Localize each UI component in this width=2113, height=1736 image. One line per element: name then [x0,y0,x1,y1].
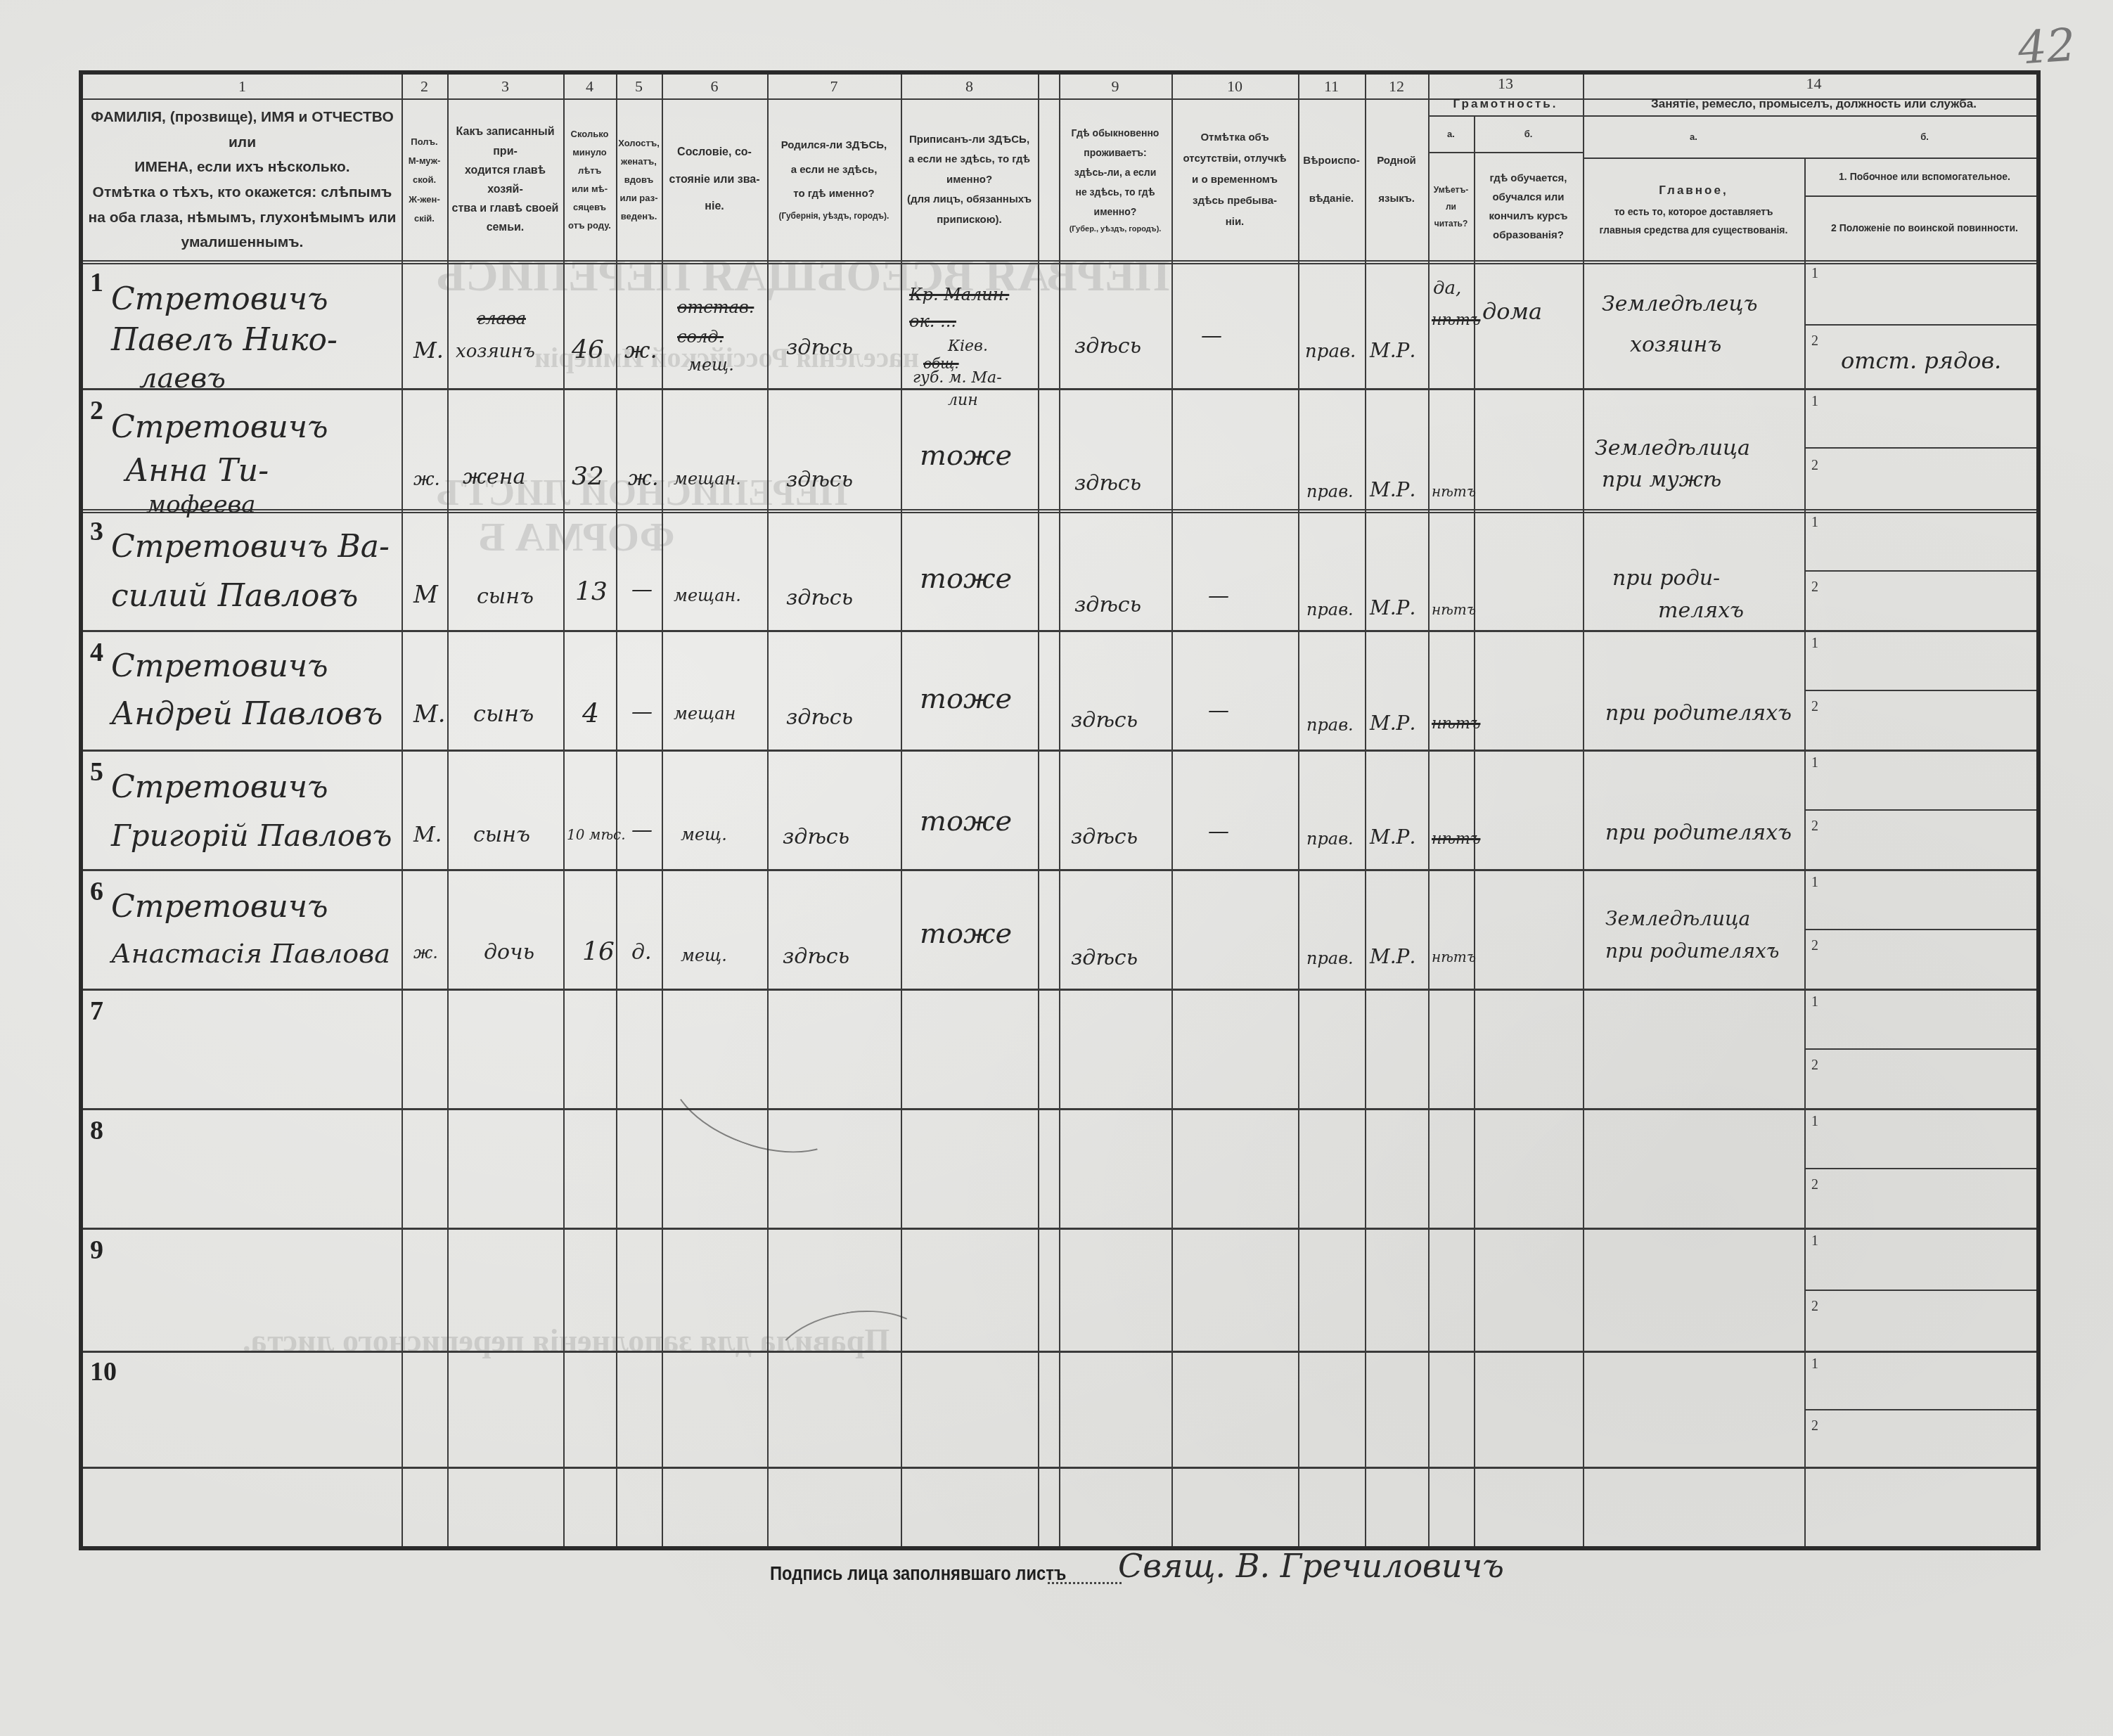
sub-row-1: 1 [1811,266,1818,282]
born-cell: здѣсь [786,706,853,729]
stray-pen-mark [655,1016,863,1175]
sub-row-2: 2 [1811,1299,1818,1315]
colnum-14: 14 [1583,75,2045,93]
registered-cell: тоже [920,563,1012,594]
born-cell: здѣсь [783,945,849,968]
religion-cell: прав. [1306,600,1354,619]
stray-pen-mark [766,1299,936,1412]
header-col-13-group: Грамотность. [1428,93,1583,115]
header-col-14a: Главное,то есть то, которое доставляетъг… [1583,159,1804,260]
header-col-3: Какъ записанный при-ходится главѣ хозяй-… [447,100,563,260]
occupation-main: хозяинъ [1630,333,1721,356]
relation-struck: глава [477,309,526,328]
absence-cell: — [1208,584,1229,607]
name-line: Павелъ Нико- [111,323,338,357]
age-cell: 13 [575,578,608,606]
resides-cell: здѣсь [1071,825,1138,849]
born-cell: здѣсь [786,336,853,359]
relation-cell: дочь [484,941,534,964]
signature-value: Свящ. В. Гречиловичъ [1118,1547,1504,1585]
header-col-10: Отмѣтка объотсутствіи, отлучкѣи о времен… [1171,100,1298,260]
signature-dotted-line [1048,1582,1122,1584]
language-cell: М.Р. [1370,480,1415,501]
occupation-main: при родителяхъ [1605,702,1792,725]
name-line: Стретовичъ [111,890,328,924]
resides-cell: здѣсь [1074,335,1141,358]
language-cell: М.Р. [1370,598,1415,619]
literate-cell: нѣтъ [1432,949,1476,965]
age-cell: 32 [572,463,604,491]
header-col-13b: гдѣ обучается,обучался иликончилъ курсъо… [1474,153,1583,260]
sex-cell: М [413,582,438,608]
literate-cell: да, [1433,278,1461,299]
header-col-13b-label: б. [1474,117,1583,152]
occupation-main: при родителяхъ [1605,941,1779,963]
header-col-8: Приписанъ-ли ЗДѢСЬ,а если не здѣсь, то г… [901,100,1038,260]
sub-row-1: 1 [1811,515,1818,531]
estate-cell: мещан [674,705,736,723]
religion-cell: прав. [1306,482,1354,501]
sex-cell: М. [413,338,444,363]
census-sheet: 42 ПЕРВАЯ ВСЕОБЩАЯ ПЕРЕПИСЬ населенія Ро… [0,0,2113,1736]
resides-cell: здѣсь [1074,593,1141,617]
sub-row-1: 1 [1811,875,1818,891]
row-number: 2 [90,395,103,426]
religion-cell: прав. [1306,949,1354,967]
estate-cell: мещ. [681,946,727,965]
row-number: 8 [90,1115,103,1146]
occupation-main: Земледѣлица [1595,437,1750,460]
header-col-9: Гдѣ обыкновеннопроживаетъ:здѣсь-ли, а ес… [1059,100,1171,260]
marital-cell: ж. [624,338,657,363]
sub-row-1: 1 [1811,1114,1818,1130]
literate-struck: нѣтъ [1432,831,1480,848]
registered-cell: тоже [920,918,1012,949]
registered-cell: лин [948,392,978,409]
literate-struck: нѣтъ [1432,312,1480,329]
language-cell: М.Р. [1370,713,1415,735]
marital-cell: — [631,700,653,724]
relation-cell: сынъ [477,585,534,608]
resides-cell: здѣсь [1071,946,1138,970]
census-table: 1 2 3 4 5 6 7 8 9 10 11 12 13 14 ФАМИЛІЯ… [79,70,2041,1550]
sub-row-2: 2 [1811,1057,1818,1074]
sub-row-2: 2 [1811,818,1818,835]
religion-cell: прав. [1306,716,1354,734]
language-cell: М.Р. [1370,827,1415,849]
colnum-8: 8 [901,75,1038,98]
occupation-main: при роди- [1612,567,1720,590]
sub-row-1: 1 [1811,636,1818,652]
estate-cell: мещ. [681,825,727,844]
registered-cell: Кіев. [948,338,988,355]
military-cell: отст. рядов. [1841,349,2001,373]
row-number: 1 [90,267,103,298]
header-col-14b-label: б. [1804,117,2045,157]
sub-row-2: 2 [1811,699,1818,715]
sub-row-1: 1 [1811,755,1818,771]
header-col-13a: Умѣетъ-личитать? [1428,153,1474,260]
row-number: 6 [90,876,103,907]
colnum-3: 3 [447,75,563,98]
colnum-2: 2 [402,75,447,98]
estate-cell: мещан. [674,470,741,488]
absence-cell: — [1208,699,1229,722]
religion-cell: прав. [1305,342,1356,362]
relation-cell: сынъ [473,702,534,726]
marital-cell: — [631,818,653,842]
name-line: силий Павловъ [111,579,358,613]
sub-row-1: 1 [1811,394,1818,410]
resides-cell: здѣсь [1074,472,1141,495]
sub-row-1: 1 [1811,1356,1818,1372]
colnum-4: 4 [563,75,616,98]
sex-cell: ж. [413,470,440,490]
occupation-main: Земледѣлецъ [1602,292,1757,316]
colnum-12: 12 [1365,75,1428,98]
colnum-7: 7 [767,75,901,98]
registered-struck: Кр. Малин. [909,285,1009,304]
born-cell: здѣсь [786,468,853,491]
registered-struck: ок. ... [909,312,956,330]
name-line: Стретовичъ Ва- [111,530,390,564]
literate-struck: нѣтъ [1432,716,1480,733]
signature-label: Подпись лица заполнявшаго листъ [770,1562,1066,1585]
sex-cell: ж. [413,944,438,962]
sub-row-2: 2 [1811,938,1818,954]
colnum-5: 5 [616,75,662,98]
colnum-13: 13 [1428,75,1583,93]
row-number: 5 [90,757,103,787]
sex-cell: М. [413,823,442,847]
name-line: Стретовичъ [111,650,328,683]
registered-cell: тоже [920,683,1012,714]
registered-cell: губ. м. Ма- [913,370,1002,387]
born-cell: здѣсь [783,825,849,849]
born-cell: здѣсь [786,586,853,610]
name-line: Григорій Павловъ [111,820,392,852]
literate-cell: нѣтъ [1432,602,1476,617]
row-number: 10 [90,1356,117,1387]
header-col-4: Сколькоминулолѣтъили мѣ-сяцевъотъ роду. [563,100,616,260]
header-col-13a-label: а. [1428,117,1474,152]
absence-cell: — [1201,324,1222,347]
marital-cell: д. [631,941,652,964]
header-col-2: Полъ.М-муж-ской.Ж-жен-скій. [402,100,447,260]
education-cell: дома [1482,300,1542,324]
row-number: 4 [90,637,103,668]
name-line: Андрей Павловъ [111,697,383,731]
header-col-14-group: Занятіе, ремесло, промыселъ, должность и… [1583,93,2045,115]
sub-row-1: 1 [1811,994,1818,1010]
header-col-11: Вѣроиспо-вѣданіе. [1298,100,1365,260]
row-number: 7 [90,996,103,1027]
age-cell: 4 [582,699,599,728]
row-number: 3 [90,516,103,547]
age-cell: 16 [582,938,615,966]
header-col-12: Роднойязыкъ. [1365,100,1428,260]
relation-cell: жена [463,465,526,489]
name-line: Анна Ти- [125,454,269,488]
sub-row-2: 2 [1811,458,1818,474]
name-line: Стретовичъ [111,771,328,804]
sub-row-2: 2 [1811,1418,1818,1434]
estate-struck: солд. [677,328,724,346]
estate-cell: мещ. [688,356,734,374]
colnum-6: 6 [662,75,767,98]
header-col-14a-label: а. [1583,117,1804,157]
estate-struck: отстав. [677,298,754,316]
name-line: Стретовичъ [111,411,328,444]
age-cell: 46 [572,336,604,364]
occupation-main: при родителяхъ [1605,821,1792,844]
page-number: 42 [2017,19,2077,75]
occupation-main: Земледѣлица [1605,908,1750,930]
sub-row-1: 1 [1811,1233,1818,1249]
header-col-6: Сословіе, со-стояніе или зва-ніе. [662,100,767,260]
absence-cell: — [1208,820,1229,843]
language-cell: М.Р. [1370,946,1415,968]
resides-cell: здѣсь [1071,709,1138,732]
religion-cell: прав. [1306,830,1354,848]
relation-cell: сынъ [473,823,530,847]
colnum-9: 9 [1059,75,1171,98]
occupation-main: теляхъ [1658,599,1744,622]
age-cell: 10 мѣс. [567,827,626,842]
registered-cell: тоже [920,806,1012,837]
row-number: 9 [90,1235,103,1266]
colnum-1: 1 [83,75,402,98]
relation-cell: хозяинъ [456,342,535,362]
estate-cell: мещан. [674,586,741,605]
header-col-14b-1: 1. Побочное или вспомогательное. [1804,159,2045,195]
header-col-1: ФАМИЛІЯ, (прозвище), ИМЯ и ОТЧЕСТВО или … [83,100,402,260]
literate-cell: нѣтъ [1432,484,1476,499]
name-line: Анастасія Павлова [111,939,390,969]
header-col-14b-2: 2 Положеніе по воинской повинности. [1804,197,2045,260]
sub-row-2: 2 [1811,1177,1818,1193]
name-line: мофеева [146,492,256,518]
header-col-7: Родился-ли ЗДѢСЬ,а если не здѣсь,то гдѣ … [767,100,901,260]
language-cell: М.Р. [1370,340,1415,362]
sub-row-2: 2 [1811,579,1818,596]
colnum-11: 11 [1298,75,1365,98]
colnum-10: 10 [1171,75,1298,98]
sub-row-2: 2 [1811,333,1818,349]
occupation-main: при мужѣ [1602,468,1721,491]
name-line: Стретовичъ [111,283,328,316]
marital-cell: ж. [628,467,659,490]
marital-cell: — [631,578,653,601]
sex-cell: М. [413,702,446,728]
header-col-5: Холостъ,женатъ,вдовъили раз-веденъ. [616,100,662,260]
registered-cell: тоже [920,440,1012,471]
name-line: лаевъ [139,363,226,394]
